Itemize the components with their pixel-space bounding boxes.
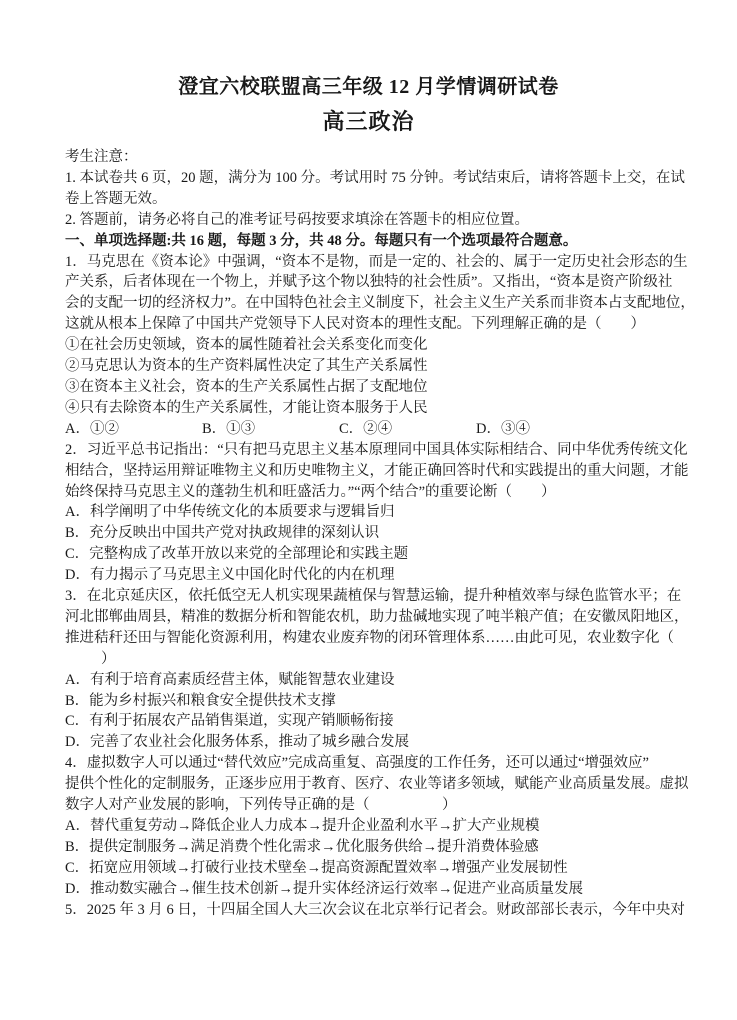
q2-option-b: B．充分反映出中国共产党对执政规律的深刻认识	[65, 523, 675, 544]
q4-option-d: D．推动数实融合→催生技术创新→提升实体经济运行效率→促进产业高质量发展	[65, 879, 675, 900]
exam-paper-page: 澄宜六校联盟高三年级 12 月学情调研试卷 高三政治 考生注意： 1. 本试卷共…	[0, 0, 737, 1020]
q3-option-a: A．有利于培育高素质经营主体，赋能智慧农业建设	[65, 670, 675, 691]
q1-choice-c: C．②④	[339, 419, 476, 440]
q2-stem-line-3: 始终保持马克思主义的蓬勃生机和旺盛活力。”“两个结合”的重要论断（ ）	[65, 482, 675, 503]
q1-choices-row: A．①② B．①③ C．②④ D．③④	[65, 419, 675, 440]
notice-heading: 考生注意：	[65, 147, 675, 168]
q1-item-1: ①在社会历史领域，资本的属性随着社会关系变化而变化	[65, 335, 675, 356]
q4-option-b: B．提供定制服务→满足消费个性化需求→优化服务供给→提升消费体验感	[65, 837, 675, 858]
q3-stem-line-1: 3．在北京延庆区，依托低空无人机实现果蔬植保与智慧运输，提升种植效率与绿色监管水…	[65, 586, 675, 607]
q3-stem-line-3: 推进秸秆还田与智能化资源利用，构建农业废弃物的闭环管理体系……由此可见，农业数字…	[65, 628, 675, 649]
q1-item-4: ④只有去除资本的生产关系属性，才能让资本服务于人民	[65, 398, 675, 419]
q2-option-a: A．科学阐明了中华传统文化的本质要求与逻辑旨归	[65, 502, 675, 523]
q1-stem-line-1: 1．马克思在《资本论》中强调，“资本不是物，而是一定的、社会的、属于一定历史社会…	[65, 252, 675, 273]
notice-line-3: 2. 答题前，请务必将自己的准考证号码按要求填涂在答题卡的相应位置。	[65, 210, 675, 231]
q3-stem-line-4: ）	[65, 649, 675, 670]
exam-title: 澄宜六校联盟高三年级 12 月学情调研试卷	[0, 0, 737, 100]
q3-option-d: D．完善了农业社会化服务体系，推动了城乡融合发展	[65, 732, 675, 753]
q2-stem-line-1: 2．习近平总书记指出：“只有把马克思主义基本原理同中国具体实际相结合、同中华优秀…	[65, 440, 675, 461]
q1-item-2: ②马克思认为资本的生产资料属性决定了其生产关系属性	[65, 356, 675, 377]
section-1-header: 一、单项选择题:共 16 题，每题 3 分，共 48 分。每题只有一个选项最符合…	[65, 231, 675, 252]
q4-stem-line-1: 4．虚拟数字人可以通过“替代效应”完成高重复、高强度的工作任务，还可以通过“增强…	[65, 753, 675, 774]
q1-choice-d: D．③④	[476, 419, 530, 440]
notice-line-1: 1. 本试卷共 6 页，20 题，满分为 100 分。考试用时 75 分钟。考试…	[65, 168, 675, 189]
q2-option-c: C．完整构成了改革开放以来党的全部理论和实践主题	[65, 544, 675, 565]
q1-choice-a: A．①②	[65, 419, 202, 440]
q4-option-a: A．替代重复劳动→降低企业人力成本→提升企业盈利水平→扩大产业规模	[65, 816, 675, 837]
exam-subtitle: 高三政治	[0, 100, 737, 135]
q1-choice-b: B．①③	[202, 419, 339, 440]
q1-stem-line-4: 这就从根本上保障了中国共产党领导下人民对资本的理性支配。下列理解正确的是（ ）	[65, 314, 675, 335]
q4-stem-line-2: 提供个性化的定制服务，正逐步应用于教育、医疗、农业等诸多领域，赋能产业高质量发展…	[65, 774, 675, 795]
exam-body: 考生注意： 1. 本试卷共 6 页，20 题，满分为 100 分。考试用时 75…	[0, 135, 737, 921]
q4-stem-line-3: 数字人对产业发展的影响，下列传导正确的是（ ）	[65, 795, 675, 816]
q3-stem-line-2: 河北邯郸曲周县，精准的数据分析和智能农机，助力盐碱地实现了吨半粮产值；在安徽凤阳…	[65, 607, 675, 628]
q2-option-d: D．有力揭示了马克思主义中国化时代化的内在机理	[65, 565, 675, 586]
q1-item-3: ③在资本主义社会，资本的生产关系属性占据了支配地位	[65, 377, 675, 398]
q4-option-c: C．拓宽应用领域→打破行业技术壁垒→提高资源配置效率→增强产业发展韧性	[65, 858, 675, 879]
q3-option-b: B．能为乡村振兴和粮食安全提供技术支撑	[65, 691, 675, 712]
q5-stem-line-1: 5．2025 年 3 月 6 日，十四届全国人大三次会议在北京举行记者会。财政部…	[65, 900, 675, 921]
q1-stem-line-3: 会的支配一切的经济权力”。在中国特色社会主义制度下，社会主义生产关系而非资本占支…	[65, 293, 675, 314]
notice-line-2: 卷上答题无效。	[65, 189, 675, 210]
q3-option-c: C．有利于拓展农产品销售渠道，实现产销顺畅衔接	[65, 711, 675, 732]
q2-stem-line-2: 相结合，坚持运用辩证唯物主义和历史唯物主义，才能正确回答时代和实践提出的重大问题…	[65, 461, 675, 482]
q1-stem-line-2: 产关系，后者体现在一个物上，并赋予这个物以独特的社会性质”。又指出，“资本是资产…	[65, 272, 675, 293]
